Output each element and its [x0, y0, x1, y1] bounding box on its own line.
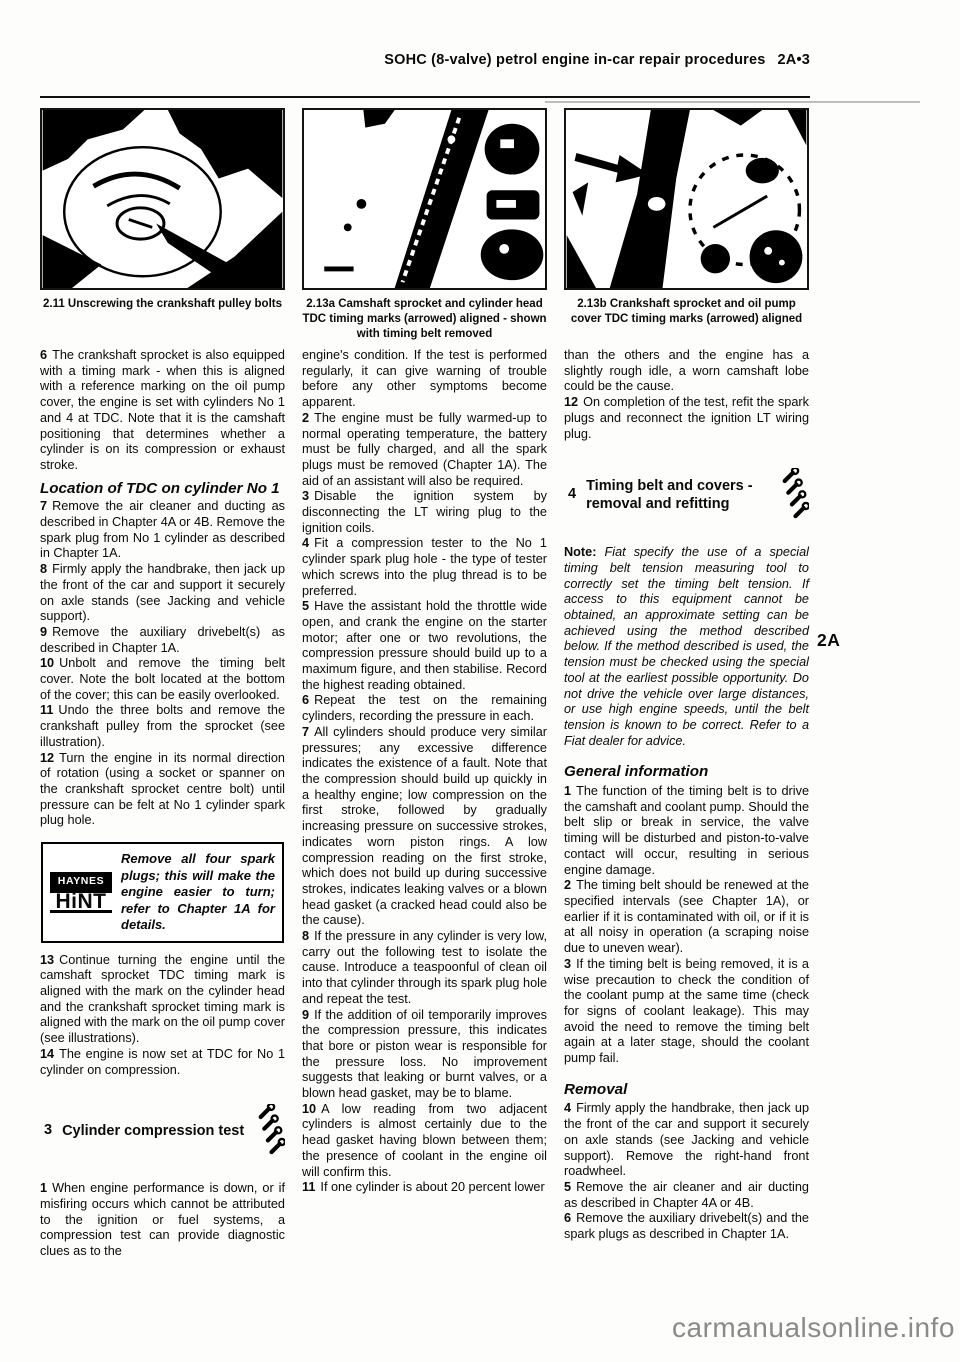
step-paragraph: 6Repeat the test on the remaining cylind… — [302, 693, 547, 724]
hint-text: Remove all four spark plugs; this will m… — [121, 851, 275, 934]
step-paragraph: 6Remove the auxiliary drivebelt(s) and t… — [564, 1211, 809, 1242]
step-text: If the addition of oil temporarily impro… — [302, 1008, 547, 1101]
step-paragraph: 8Firmly apply the handbrake, then jack u… — [40, 562, 285, 625]
step-text: The crankshaft sprocket is also equipped… — [40, 348, 285, 472]
note-paragraph: Note: Fiat specify the use of a special … — [564, 545, 809, 749]
step-paragraph: 5Have the assistant hold the throttle wi… — [302, 599, 547, 693]
step-number: 12 — [40, 751, 54, 765]
subheading-general-information: General information — [564, 764, 809, 780]
chapter-tab: 2A — [817, 630, 840, 651]
watermark-text: carmanualsonline.info — [672, 1312, 955, 1344]
step-paragraph: 12Turn the engine in its normal directio… — [40, 751, 285, 830]
step-text: Undo the three bolts and remove the cran… — [40, 703, 285, 748]
step-text: When engine performance is down, or if m… — [40, 1181, 285, 1258]
haynes-hint-box: HAYNES HiNT Remove all four spark plugs;… — [41, 842, 284, 943]
continuation-paragraph: than the others and the engine has a sli… — [564, 348, 809, 395]
step-text: Remove the air cleaner and air ducting a… — [564, 1180, 809, 1210]
step-text: If the pressure in any cylinder is very … — [302, 929, 547, 1006]
step-text: Continue turning the engine until the ca… — [40, 953, 285, 1046]
step-number: 4 — [564, 1101, 571, 1115]
step-text: All cylinders should produce very simila… — [302, 725, 547, 927]
section-3-heading: 3 Cylinder compression test — [40, 1104, 285, 1157]
step-paragraph: 3Disable the ignition system by disconne… — [302, 489, 547, 536]
step-number: 10 — [40, 656, 54, 670]
page-header: SOHC (8-valve) petrol engine in-car repa… — [40, 52, 810, 68]
step-text: Firmly apply the handbrake, then jack up… — [564, 1101, 809, 1178]
step-number: 6 — [564, 1211, 571, 1225]
step-text: Repeat the test on the remaining cylinde… — [302, 693, 547, 723]
step-number: 3 — [302, 489, 309, 503]
figure-2-13b: 2.13b Crankshaft sprocket and oil pump c… — [564, 108, 809, 343]
step-paragraph: 5Remove the air cleaner and air ducting … — [564, 1180, 809, 1211]
difficulty-spanners-icon — [782, 468, 809, 521]
continuation-paragraph: engine's condition. If the test is perfo… — [302, 348, 547, 411]
crankshaft-sprocket-oil-pump-photo — [564, 108, 809, 290]
step-text: The timing belt should be renewed at the… — [564, 878, 809, 955]
step-text: Remove the auxiliary drivebelt(s) and th… — [564, 1211, 809, 1241]
step-paragraph: 9If the addition of oil temporarily impr… — [302, 1008, 547, 1102]
step-text: The function of the timing belt is to dr… — [564, 784, 809, 877]
step-number: 7 — [302, 725, 309, 739]
step-paragraph: 11Undo the three bolts and remove the cr… — [40, 703, 285, 750]
note-label: Note: — [564, 545, 596, 559]
step-paragraph: 11If one cylinder is about 20 percent lo… — [302, 1180, 547, 1196]
step-paragraph: 10A low reading from two adjacent cylind… — [302, 1102, 547, 1181]
step-text: The engine must be fully warmed-up to no… — [302, 411, 547, 488]
step-number: 3 — [564, 957, 571, 971]
step-number: 1 — [40, 1181, 47, 1195]
manual-page: SOHC (8-valve) petrol engine in-car repa… — [0, 0, 960, 1362]
step-paragraph: 9Remove the auxiliary drivebelt(s) as de… — [40, 625, 285, 656]
step-paragraph: 10Unbolt and remove the timing belt cove… — [40, 656, 285, 703]
column-right: than the others and the engine has a sli… — [564, 348, 809, 1260]
step-paragraph: 3If the timing belt is being removed, it… — [564, 957, 809, 1067]
step-paragraph: 1The function of the timing belt is to d… — [564, 784, 809, 878]
figure-caption: 2.13b Crankshaft sprocket and oil pump c… — [564, 297, 809, 327]
figure-caption: 2.13a Camshaft sprocket and cylinder hea… — [302, 297, 547, 343]
page-number: 2A•3 — [778, 52, 810, 68]
step-number: 11 — [302, 1180, 315, 1194]
step-number: 7 — [40, 499, 47, 513]
step-text: Remove the air cleaner and ducting as de… — [40, 499, 285, 560]
section-number: 3 — [40, 1123, 62, 1139]
subheading-removal: Removal — [564, 1082, 809, 1098]
step-number: 11 — [40, 703, 53, 717]
step-number: 8 — [40, 562, 47, 576]
step-paragraph: 4Firmly apply the handbrake, then jack u… — [564, 1101, 809, 1180]
step-number: 2 — [302, 411, 309, 425]
step-text: Turn the engine in its normal direction … — [40, 751, 285, 828]
section-number: 4 — [564, 487, 586, 503]
step-paragraph: 6The crankshaft sprocket is also equippe… — [40, 348, 285, 474]
section-4-heading: 4 Timing belt and covers - removal and r… — [564, 468, 809, 521]
step-text: Disable the ignition system by disconnec… — [302, 489, 547, 534]
section-title: Cylinder compression test — [62, 1122, 258, 1140]
step-number: 4 — [302, 536, 309, 550]
step-number: 13 — [40, 953, 54, 967]
step-paragraph: 8If the pressure in any cylinder is very… — [302, 929, 547, 1008]
figure-2-13a: 2.13a Camshaft sprocket and cylinder hea… — [302, 108, 547, 343]
hint-badge: HiNT — [50, 893, 112, 913]
step-number: 5 — [564, 1180, 571, 1194]
step-paragraph: 2The engine must be fully warmed-up to n… — [302, 411, 547, 490]
page-header-title: SOHC (8-valve) petrol engine in-car repa… — [384, 52, 765, 68]
note-text: Fiat specify the use of a special timing… — [564, 545, 809, 747]
step-number: 1 — [564, 784, 571, 798]
step-number: 9 — [302, 1008, 309, 1022]
step-number: 2 — [564, 878, 571, 892]
figure-caption: 2.11 Unscrewing the crankshaft pulley bo… — [40, 297, 285, 312]
step-text: Firmly apply the handbrake, then jack up… — [40, 562, 285, 623]
step-paragraph: 14The engine is now set at TDC for No 1 … — [40, 1047, 285, 1078]
step-text: Have the assistant hold the throttle wid… — [302, 599, 547, 692]
step-text: If one cylinder is about 20 percent lowe… — [320, 1180, 544, 1194]
step-paragraph: 13Continue turning the engine until the … — [40, 953, 285, 1047]
step-paragraph: 2The timing belt should be renewed at th… — [564, 878, 809, 957]
step-number: 10 — [302, 1102, 316, 1116]
difficulty-spanners-icon — [258, 1104, 285, 1157]
haynes-hint-logo: HAYNES HiNT — [50, 872, 112, 912]
figure-2-11: 2.11 Unscrewing the crankshaft pulley bo… — [40, 108, 285, 343]
step-paragraph: 12On completion of the test, refit the s… — [564, 395, 809, 442]
section-title: Timing belt and covers - removal and ref… — [586, 477, 782, 513]
step-number: 6 — [40, 348, 47, 362]
text-columns: 6The crankshaft sprocket is also equippe… — [40, 348, 810, 1260]
camshaft-sprocket-photo — [302, 108, 547, 290]
step-number: 6 — [302, 693, 309, 707]
step-text: Unbolt and remove the timing belt cover.… — [40, 656, 285, 701]
step-text: If the timing belt is being removed, it … — [564, 957, 809, 1065]
header-rule — [40, 96, 810, 98]
step-number: 8 — [302, 929, 309, 943]
step-text: A low reading from two adjacent cylinder… — [302, 1102, 547, 1179]
step-paragraph: 4Fit a compression tester to the No 1 cy… — [302, 536, 547, 599]
figures-row: 2.11 Unscrewing the crankshaft pulley bo… — [40, 108, 810, 343]
crankshaft-pulley-photo — [40, 108, 285, 290]
step-paragraph: 7Remove the air cleaner and ducting as d… — [40, 499, 285, 562]
step-text: Remove the auxiliary drivebelt(s) as des… — [40, 625, 285, 655]
step-number: 14 — [40, 1047, 54, 1061]
step-text: The engine is now set at TDC for No 1 cy… — [40, 1047, 285, 1077]
column-middle: engine's condition. If the test is perfo… — [302, 348, 547, 1260]
step-number: 9 — [40, 625, 47, 639]
step-paragraph: 7All cylinders should produce very simil… — [302, 725, 547, 929]
step-text: On completion of the test, refit the spa… — [564, 395, 809, 440]
step-number: 12 — [564, 395, 578, 409]
subheading-location-of-tdc: Location of TDC on cylinder No 1 — [40, 481, 285, 497]
header-rule-secondary — [545, 101, 920, 103]
step-paragraph: 1When engine performance is down, or if … — [40, 1181, 285, 1260]
column-left: 6The crankshaft sprocket is also equippe… — [40, 348, 285, 1260]
step-number: 5 — [302, 599, 309, 613]
step-text: Fit a compression tester to the No 1 cyl… — [302, 536, 547, 597]
